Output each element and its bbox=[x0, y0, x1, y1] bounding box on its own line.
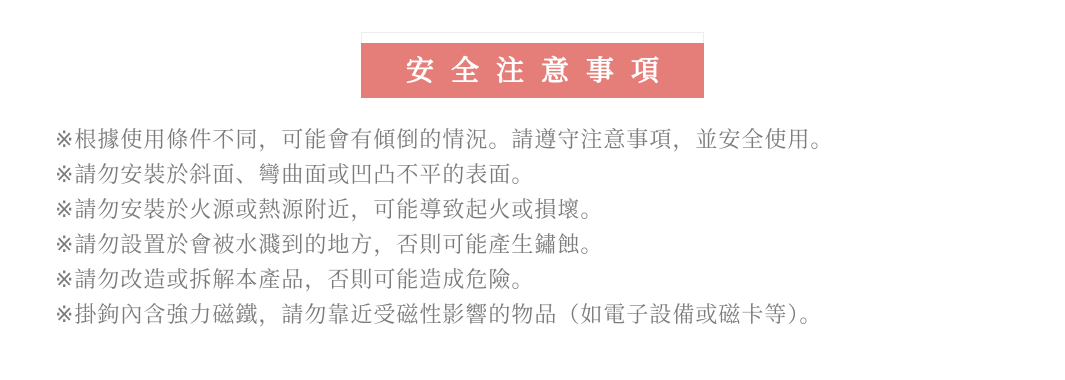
page-title: 安全注意事項 bbox=[389, 43, 676, 98]
notice-item: ※請勿改造或拆解本產品，否則可能造成危險。 bbox=[55, 262, 833, 297]
notice-item: ※根據使用條件不同，可能會有傾倒的情況。請遵守注意事項，並安全使用。 bbox=[55, 122, 833, 157]
title-banner: 安全注意事項 bbox=[361, 43, 704, 98]
notice-item: ※請勿安裝於斜面、彎曲面或凹凸不平的表面。 bbox=[55, 157, 833, 192]
notice-item: ※請勿設置於會被水濺到的地方，否則可能產生鏽蝕。 bbox=[55, 227, 833, 262]
notice-list: ※根據使用條件不同，可能會有傾倒的情況。請遵守注意事項，並安全使用。 ※請勿安裝… bbox=[55, 122, 833, 332]
safety-notice-page: 安全注意事項 ※根據使用條件不同，可能會有傾倒的情況。請遵守注意事項，並安全使用… bbox=[0, 0, 1065, 380]
notice-item: ※請勿安裝於火源或熱源附近，可能導致起火或損壞。 bbox=[55, 192, 833, 227]
notice-item: ※掛鉤內含強力磁鐵，請勿靠近受磁性影響的物品（如電子設備或磁卡等）。 bbox=[55, 297, 833, 332]
